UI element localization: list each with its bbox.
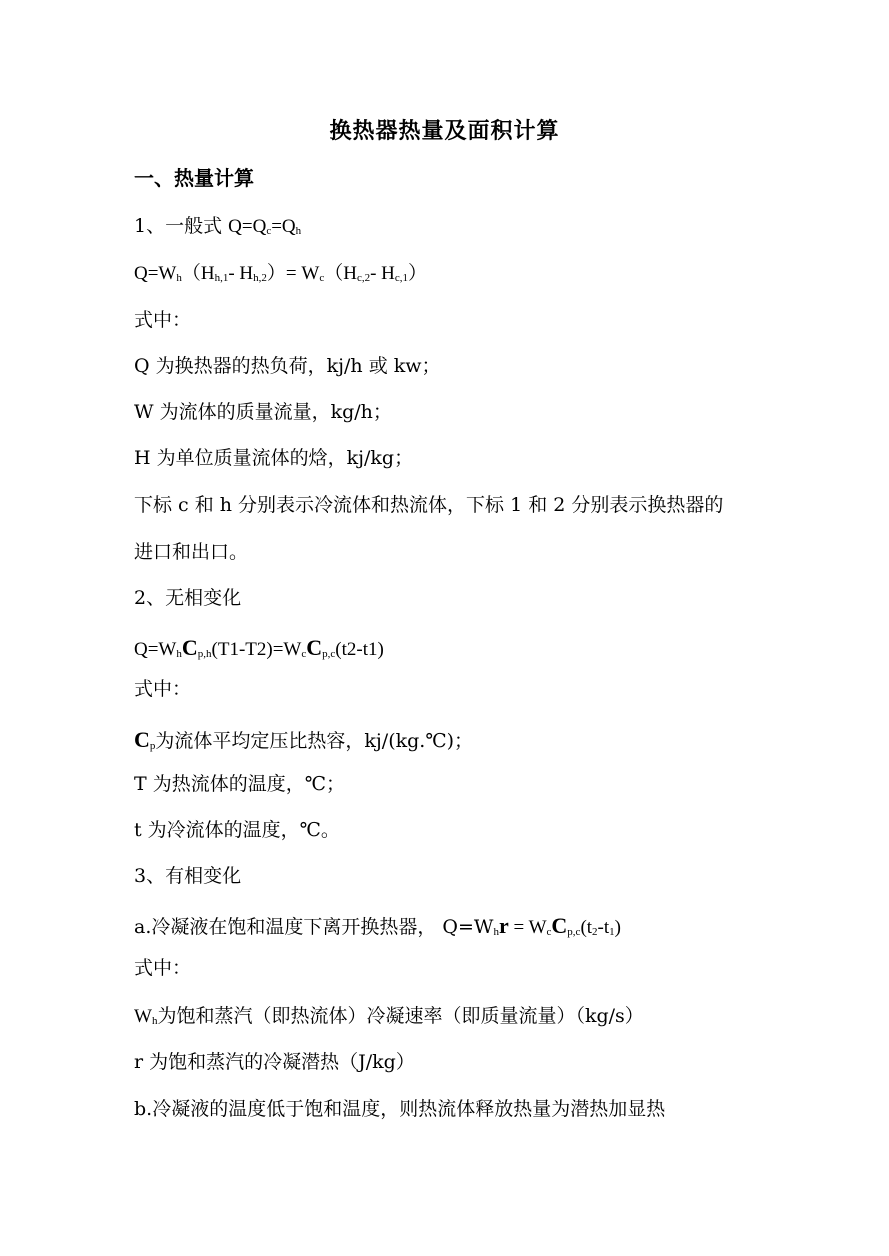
- definition-wh: Wh为饱和蒸汽（即热流体）冷凝速率（即质量流量）（kg/s）: [134, 1004, 644, 1029]
- definition-h: H 为单位质量流体的焓，kj/kg；: [134, 446, 413, 470]
- item-phase-change: 3、有相变化: [134, 864, 241, 888]
- item-phase-change-b: b.冷凝液的温度低于饱和温度，则热流体释放热量为潜热加显热: [134, 1097, 665, 1121]
- formula-q: Q=Qc=Qh: [228, 216, 301, 237]
- document-title: 换热器热量及面积计算: [0, 118, 889, 146]
- where-label: 式中：: [134, 308, 191, 332]
- definition-w: W 为流体的质量流量，kg/h；: [134, 400, 392, 424]
- item-general-formula: 1、一般式 Q=Qc=Qh: [134, 214, 301, 239]
- definition-r: r 为饱和蒸汽的冷凝潜热（J/kg）: [134, 1050, 415, 1074]
- item-phase-change-a: a.冷凝液在饱和温度下离开换热器， Q=Whr = WcCp,c(t2-t1): [134, 914, 621, 940]
- definition-q: Q 为换热器的热负荷，kj/h 或 kw；: [134, 354, 441, 378]
- item-no-phase-change: 2、无相变化: [134, 586, 241, 610]
- document-page: 换热器热量及面积计算 一、热量计算 1、一般式 Q=Qc=Qh Q=Wh（Hh,…: [0, 0, 889, 1256]
- where-label: 式中：: [134, 956, 191, 980]
- definition-t-hot: T 为热流体的温度，℃；: [134, 772, 345, 796]
- formula-sensible-heat: Q=WhCp,h(T1-T2)=WcCp,c(t2-t1): [134, 636, 384, 662]
- where-label: 式中：: [134, 677, 191, 701]
- section-heading-heat-calculation: 一、热量计算: [134, 166, 254, 190]
- formula-enthalpy-balance: Q=Wh（Hh,1- Hh,2）= Wc（Hc,2- Hc,1）: [134, 262, 427, 286]
- definition-t-cold: t 为冷流体的温度，℃。: [134, 818, 340, 842]
- subscript-note: 下标 c 和 h 分别表示冷流体和热流体，下标 1 和 2 分别表示换热器的: [134, 493, 723, 517]
- item-label: 1、一般式: [134, 215, 228, 237]
- definition-cp: Cp为流体平均定压比热容，kj/(kg.℃)；: [134, 728, 473, 753]
- subscript-note-continued: 进口和出口。: [134, 540, 248, 564]
